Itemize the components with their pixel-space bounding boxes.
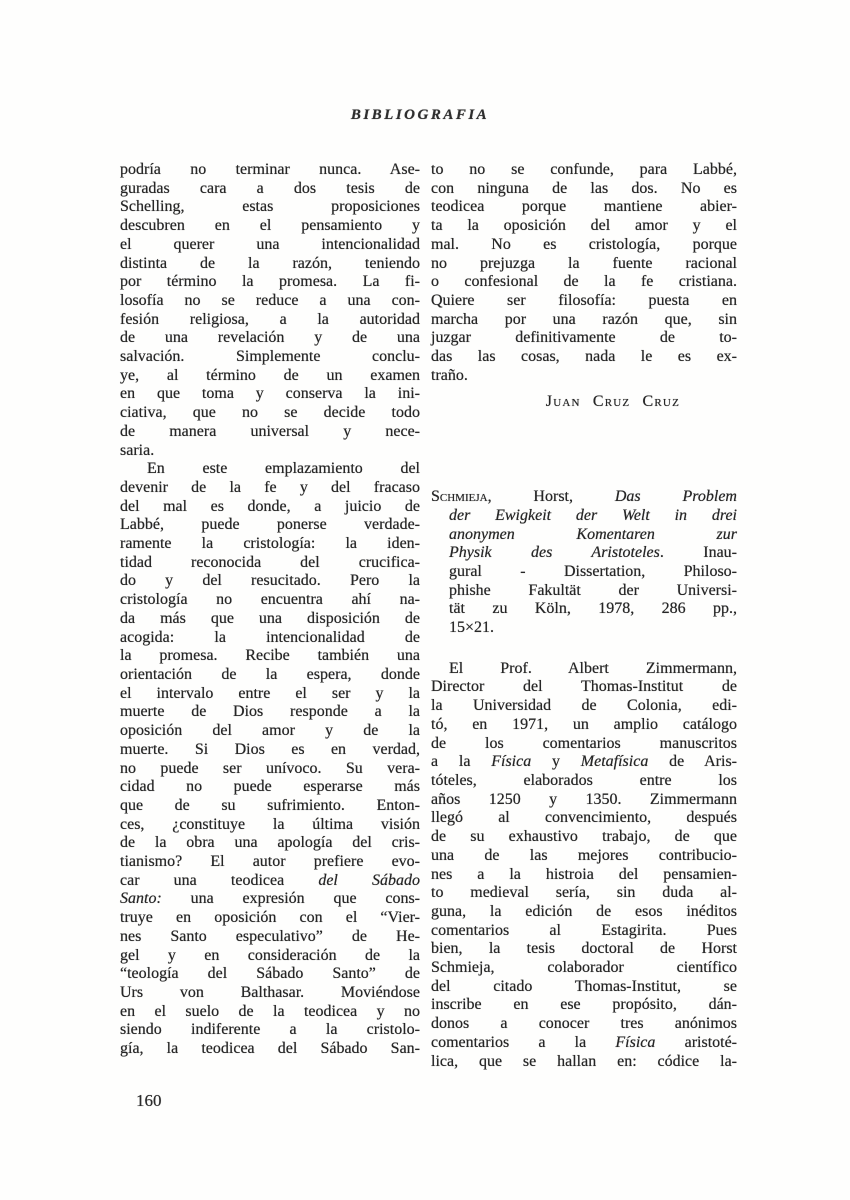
text-line: to no se confunde, para Labbé, [431, 161, 737, 180]
text-segment: no puede ser unívoco. Su vera- [120, 760, 420, 777]
text-line: por término la promesa. La fi- [120, 273, 420, 292]
text-line: guna, la edición de esos inéditos [431, 903, 737, 922]
text-segment: por término la promesa. La fi- [120, 273, 420, 290]
text-line: juzgar definitivamente de to- [431, 329, 737, 348]
text-line: der Ewigkeit der Welt in drei [431, 507, 737, 526]
text-segment: el intervalo entre el ser y la [120, 685, 420, 702]
text-line: salvación. Simplemente conclu- [120, 348, 420, 367]
text-line: phishe Fakultät der Universi- [431, 582, 737, 601]
text-segment: tät zu Köln, 1978, 286 pp., [449, 600, 737, 617]
text-line: distinta de la razón, teniendo [120, 255, 420, 274]
text-segment: marcha por una razón que, sin [431, 311, 737, 328]
text-line: de su exhaustivo trabajo, de que [431, 828, 737, 847]
text-line: en el suelo de la teodicea y no [120, 1003, 420, 1022]
text-line: inscribe en ese propósito, dán- [431, 996, 737, 1015]
text-segment: ciativa, que no se decide todo [120, 404, 420, 421]
text-segment: Santo: [120, 890, 162, 907]
signature-line: Juan Cruz Cruz [431, 393, 737, 412]
text-segment: con ninguna de las dos. No es [431, 180, 737, 197]
text-segment: “teología del Sábado Santo” de [120, 965, 420, 982]
text-segment: Physik des Aristoteles [449, 544, 660, 561]
text-line: muerte. Si Dios es en verdad, [120, 741, 420, 760]
text-segment: ye, al término de un examen [120, 367, 420, 384]
text-segment: llegó al convencimiento, después [431, 809, 737, 826]
text-segment: del citado Thomas-Institut, se [431, 978, 737, 995]
text-line: la promesa. Recibe también una [120, 647, 420, 666]
text-segment: la Universidad de Colonia, edi- [431, 697, 737, 714]
text-line: Santo: una expresión que cons- [120, 890, 420, 909]
page-number: 160 [136, 1091, 162, 1111]
text-line: teodicea porque mantiene abier- [431, 198, 737, 217]
text-line: en que toma y conserva la ini- [120, 385, 420, 404]
text-line: de manera universal y nece- [120, 423, 420, 442]
text-segment: saria. [120, 442, 154, 459]
text-line: del mal es donde, a juicio de [120, 498, 420, 517]
text-line: de una revelación y de una [120, 329, 420, 348]
text-line: no puede ser unívoco. Su vera- [120, 760, 420, 779]
text-segment: En este emplazamiento del [147, 460, 420, 477]
text-segment: Schmieja [431, 488, 488, 505]
text-segment: tóteles, elaborados entre los [431, 772, 737, 789]
text-segment: juzgar definitivamente de to- [431, 329, 737, 346]
text-segment: del mal es donde, a juicio de [120, 498, 420, 515]
text-segment: fesión religiosa, a la autoridad [120, 311, 420, 328]
text-segment: en que toma y conserva la ini- [120, 385, 420, 402]
text-segment: da más que una disposición de [120, 610, 420, 627]
text-segment: lica, que se hallan en: códice la- [431, 1053, 737, 1070]
text-line: da más que una disposición de [120, 610, 420, 629]
paragraph-block: podría no terminar nunca. Ase-guradas ca… [120, 161, 420, 460]
text-line: años 1250 y 1350. Zimmermann [431, 791, 737, 810]
text-line: la Universidad de Colonia, edi- [431, 697, 737, 716]
text-segment: nes Santo especulativo” de He- [120, 928, 420, 945]
text-line: Schmieja, Horst, Das Problem [431, 488, 737, 507]
text-line: de los comentarios manuscritos [431, 735, 737, 754]
text-line: de la obra una apología del cris- [120, 834, 420, 853]
text-line: tidad reconocida del crucifica- [120, 554, 420, 573]
text-segment: ces, ¿constituye la última visión [120, 816, 420, 833]
text-segment: podría no terminar nunca. Ase- [120, 161, 420, 178]
text-line: tó, en 1971, un amplio catálogo [431, 716, 737, 735]
text-line: el querer una intencionalidad [120, 236, 420, 255]
text-segment: o confesional de la fe cristiana. [431, 273, 737, 290]
text-line: oposición del amor y de la [120, 722, 420, 741]
text-line: mal. No es cristología, porque [431, 236, 737, 255]
text-line: tät zu Köln, 1978, 286 pp., [431, 600, 737, 619]
text-segment: cidad no puede esperarse más [120, 778, 420, 795]
text-segment: Física [491, 753, 531, 770]
text-line: guradas cara a dos tesis de [120, 180, 420, 199]
text-segment: de una revelación y de una [120, 329, 420, 346]
text-segment: losofía no se reduce a una con- [120, 292, 420, 309]
text-line: saria. [120, 442, 420, 461]
text-line: Physik des Aristoteles. Inau- [431, 544, 737, 563]
text-line: cidad no puede esperarse más [120, 778, 420, 797]
text-segment: acogida: la intencionalidad de [120, 629, 420, 646]
page-header: BIBLIOGRAFIA [118, 107, 722, 124]
text-line: tóteles, elaborados entre los [431, 772, 737, 791]
text-line: siendo indiferente a la cristolo- [120, 1021, 420, 1040]
text-segment: a la [431, 753, 491, 770]
text-line: orientación de la espera, donde [120, 666, 420, 685]
text-segment: muerte. Si Dios es en verdad, [120, 741, 420, 758]
text-line: losofía no se reduce a una con- [120, 292, 420, 311]
text-segment: de Aris- [648, 753, 737, 770]
text-segment: , Horst, [488, 488, 615, 505]
text-line: ces, ¿constituye la última visión [120, 816, 420, 835]
text-segment: . Inau- [660, 544, 737, 561]
text-line: acogida: la intencionalidad de [120, 629, 420, 648]
text-segment: no prejuzga la fuente racional [431, 255, 737, 272]
text-segment: Urs von Balthasar. Moviéndose [120, 984, 420, 1001]
text-line: podría no terminar nunca. Ase- [120, 161, 420, 180]
text-segment: comentarios al Estagirita. Pues [431, 922, 737, 939]
text-line: ye, al término de un examen [120, 367, 420, 386]
text-segment: to medieval sería, sin duda al- [431, 884, 737, 901]
text-line: anonymen Komentaren zur [431, 526, 737, 545]
text-segment: Director del Thomas-Institut de [431, 678, 737, 695]
text-segment: Metafísica [581, 753, 649, 770]
text-segment: Schmieja, colaborador científico [431, 959, 737, 976]
text-segment: devenir de la fe y del fracaso [120, 479, 420, 496]
text-segment: de los comentarios manuscritos [431, 735, 737, 752]
text-segment: de manera universal y nece- [120, 423, 420, 440]
text-line: donos a conocer tres anónimos [431, 1015, 737, 1034]
text-segment: Quiere ser filosofía: puesta en [431, 292, 737, 309]
text-segment: distinta de la razón, teniendo [120, 255, 420, 272]
text-line: no prejuzga la fuente racional [431, 255, 737, 274]
bibliography-entry: Schmieja, Horst, Das Problemder Ewigkeit… [431, 488, 737, 638]
text-line: En este emplazamiento del [120, 460, 420, 479]
text-segment: der Ewigkeit der Welt in drei [449, 507, 737, 524]
text-line: bien, la tesis doctoral de Horst [431, 940, 737, 959]
text-line: fesión religiosa, a la autoridad [120, 311, 420, 330]
text-line: to medieval sería, sin duda al- [431, 884, 737, 903]
text-segment: gel y en consideración de la [120, 947, 420, 964]
text-segment: Labbé, puede ponerse verdade- [120, 516, 420, 533]
text-line: devenir de la fe y del fracaso [120, 479, 420, 498]
text-line: Urs von Balthasar. Moviéndose [120, 984, 420, 1003]
text-segment: del Sábado [318, 872, 420, 889]
text-segment: truye en oposición con el “Vier- [120, 909, 420, 926]
text-line: con ninguna de las dos. No es [431, 180, 737, 199]
text-line: llegó al convencimiento, después [431, 809, 737, 828]
text-segment: gía, la teodicea del Sábado San- [120, 1040, 420, 1057]
text-line: ramente la cristología: la iden- [120, 535, 420, 554]
text-segment: una expresión que cons- [162, 890, 420, 907]
text-segment: que de su sufrimiento. Enton- [120, 797, 420, 814]
text-segment: tidad reconocida del crucifica- [120, 554, 420, 571]
text-segment: Física [615, 1034, 655, 1051]
text-line: ta la oposición del amor y el [431, 217, 737, 236]
text-segment: El Prof. Albert Zimmermann, [449, 660, 737, 677]
text-line: lica, que se hallan en: códice la- [431, 1053, 737, 1072]
text-line: “teología del Sábado Santo” de [120, 965, 420, 984]
left-column: podría no terminar nunca. Ase-guradas ca… [120, 161, 420, 1059]
text-line: una de las mejores contribucio- [431, 847, 737, 866]
text-line: nes Santo especulativo” de He- [120, 928, 420, 947]
text-segment: años 1250 y 1350. Zimmermann [431, 791, 737, 808]
text-segment: la promesa. Recibe también una [120, 647, 420, 664]
text-line: das las cosas, nada le es ex- [431, 348, 737, 367]
text-line: comentarios al Estagirita. Pues [431, 922, 737, 941]
text-segment: de la obra una apología del cris- [120, 834, 420, 851]
text-segment: Schelling, estas proposiciones [120, 198, 420, 215]
text-line: del citado Thomas-Institut, se [431, 978, 737, 997]
text-segment: el querer una intencionalidad [120, 236, 420, 253]
text-segment: descubren en el pensamiento y [120, 217, 420, 234]
text-segment: ramente la cristología: la iden- [120, 535, 420, 552]
text-line: marcha por una razón que, sin [431, 311, 737, 330]
text-segment: guradas cara a dos tesis de [120, 180, 420, 197]
text-line: 15×21. [431, 619, 737, 638]
text-line: cristología no encuentra ahí na- [120, 591, 420, 610]
text-segment: salvación. Simplemente conclu- [120, 348, 420, 365]
text-line: Quiere ser filosofía: puesta en [431, 292, 737, 311]
scanned-page: BIBLIOGRAFIA podría no terminar nunca. A… [0, 0, 850, 1200]
text-line: car una teodicea del Sábado [120, 872, 420, 891]
text-segment: comentarios a la [431, 1034, 615, 1051]
text-segment: cristología no encuentra ahí na- [120, 591, 420, 608]
text-line: descubren en el pensamiento y [120, 217, 420, 236]
text-segment: 15×21. [449, 619, 494, 636]
text-segment: siendo indiferente a la cristolo- [120, 1021, 420, 1038]
text-segment: tó, en 1971, un amplio catálogo [431, 716, 737, 733]
text-segment: una de las mejores contribucio- [431, 847, 737, 864]
text-line: a la Física y Metafísica de Aris- [431, 753, 737, 772]
text-line: Schmieja, colaborador científico [431, 959, 737, 978]
text-segment: anonymen Komentaren zur [449, 526, 737, 543]
text-line: gural - Dissertation, Philoso- [431, 563, 737, 582]
text-segment: mal. No es cristología, porque [431, 236, 737, 253]
text-segment: y [531, 753, 581, 770]
text-segment: traño. [431, 367, 468, 384]
text-segment: teodicea porque mantiene abier- [431, 198, 737, 215]
text-segment: do y del resucitado. Pero la [120, 572, 420, 589]
text-segment: tianismo? El autor prefiere evo- [120, 853, 420, 870]
text-segment: muerte de Dios responde a la [120, 703, 420, 720]
text-line: truye en oposición con el “Vier- [120, 909, 420, 928]
text-line: o confesional de la fe cristiana. [431, 273, 737, 292]
text-line: que de su sufrimiento. Enton- [120, 797, 420, 816]
text-line: comentarios a la Física aristoté- [431, 1034, 737, 1053]
text-segment: en el suelo de la teodicea y no [120, 1003, 420, 1020]
text-line: el intervalo entre el ser y la [120, 685, 420, 704]
text-segment: inscribe en ese propósito, dán- [431, 996, 737, 1013]
text-segment: das las cosas, nada le es ex- [431, 348, 737, 365]
text-line: tianismo? El autor prefiere evo- [120, 853, 420, 872]
text-segment: de su exhaustivo trabajo, de que [431, 828, 737, 845]
text-line: nes a la histroia del pensamien- [431, 866, 737, 885]
paragraph-block: El Prof. Albert Zimmermann,Director del … [431, 660, 737, 1071]
text-segment: Juan Cruz Cruz [546, 393, 680, 410]
text-line: gía, la teodicea del Sábado San- [120, 1040, 420, 1059]
text-segment: nes a la histroia del pensamien- [431, 866, 737, 883]
text-segment: Das Problem [615, 488, 737, 505]
paragraph-block: to no se confunde, para Labbé,con ningun… [431, 161, 737, 385]
text-segment: donos a conocer tres anónimos [431, 1015, 737, 1032]
text-segment: phishe Fakultät der Universi- [449, 582, 737, 599]
text-segment: to no se confunde, para Labbé, [431, 161, 737, 178]
text-line: Schelling, estas proposiciones [120, 198, 420, 217]
signature-block: Juan Cruz Cruz [431, 393, 737, 412]
text-segment: gural - Dissertation, Philoso- [449, 563, 737, 580]
text-line: ciativa, que no se decide todo [120, 404, 420, 423]
text-line: do y del resucitado. Pero la [120, 572, 420, 591]
text-segment: orientación de la espera, donde [120, 666, 420, 683]
text-segment: aristoté- [655, 1034, 737, 1051]
text-line: muerte de Dios responde a la [120, 703, 420, 722]
text-segment: ta la oposición del amor y el [431, 217, 737, 234]
text-line: Labbé, puede ponerse verdade- [120, 516, 420, 535]
text-segment: car una teodicea [120, 872, 318, 889]
text-segment: guna, la edición de esos inéditos [431, 903, 737, 920]
text-line: Director del Thomas-Institut de [431, 678, 737, 697]
text-line: traño. [431, 367, 737, 386]
text-segment: oposición del amor y de la [120, 722, 420, 739]
paragraph-block: En este emplazamiento deldevenir de la f… [120, 460, 420, 1059]
text-line: El Prof. Albert Zimmermann, [431, 660, 737, 679]
right-column: to no se confunde, para Labbé,con ningun… [431, 161, 737, 1071]
text-line: gel y en consideración de la [120, 947, 420, 966]
text-segment: bien, la tesis doctoral de Horst [431, 940, 737, 957]
